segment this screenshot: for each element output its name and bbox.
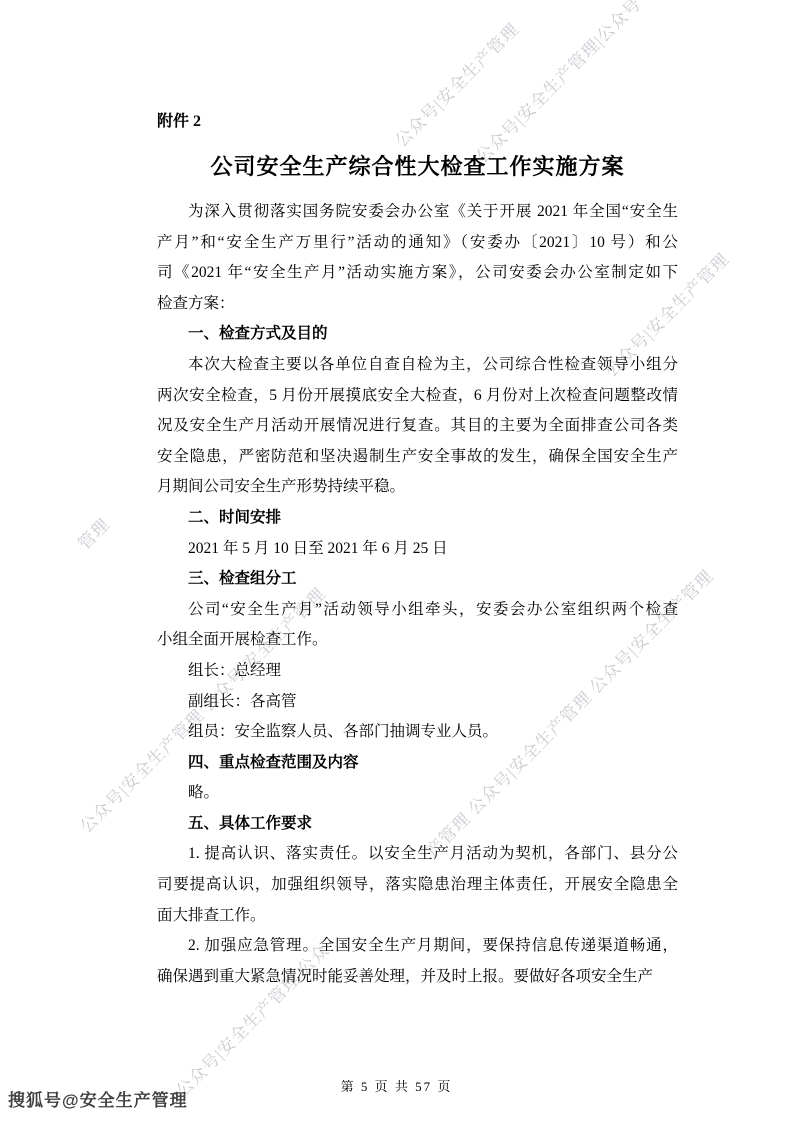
text-line: 确保遇到重大紧急情况时能妥善处理，并及时上报。要做好各项安全生产 xyxy=(157,962,678,993)
document-page: 公众号|安全生产管理公众号|安全生产管理|公众号公众号|安全生产管理管理公众号|… xyxy=(0,0,793,1122)
paragraph: 略。 xyxy=(157,778,678,809)
text-line: 二、时间安排 xyxy=(157,503,678,534)
paragraph: 公司“安全生产月”活动领导小组牵头，安委会办公室组织两个检查小组全面开展检查工作… xyxy=(157,595,678,656)
sohu-watermark: 搜狐号@安全生产管理 xyxy=(8,1086,188,1111)
text-line: 组长：总经理 xyxy=(157,656,678,687)
document-body: 为深入贯彻落实国务院安委会办公室《关于开展 2021 年全国“安全生产月”和“安… xyxy=(157,197,678,992)
text-line: 月期间公司安全生产形势持续平稳。 xyxy=(157,472,678,503)
text-line: 司要提高认识，加强组织领导，落实隐患治理主体责任，开展安全隐患全 xyxy=(157,870,678,901)
paragraph: 副组长：各高管 xyxy=(157,687,678,718)
text-line: 两次安全检查，5 月份开展摸底安全大检查，6 月份对上次检查问题整改情 xyxy=(157,381,678,412)
text-line: 2. 加强应急管理。全国安全生产月期间，要保持信息传递渠道畅通， xyxy=(157,931,678,962)
text-line: 检查方案： xyxy=(157,289,678,320)
paragraph: 本次大检查主要以各单位自查自检为主，公司综合性检查领导小组分两次安全检查，5 月… xyxy=(157,350,678,503)
text-line: 四、重点检查范围及内容 xyxy=(157,748,678,779)
text-line: 副组长：各高管 xyxy=(157,687,678,718)
text-line: 略。 xyxy=(157,778,678,809)
text-line: 本次大检查主要以各单位自查自检为主，公司综合性检查领导小组分 xyxy=(157,350,678,381)
text-line: 小组全面开展检查工作。 xyxy=(157,625,678,656)
text-line: 组员：安全监察人员、各部门抽调专业人员。 xyxy=(157,717,678,748)
text-line: 2021 年 5 月 10 日至 2021 年 6 月 25 日 xyxy=(157,534,678,565)
section-heading: 三、检查组分工 xyxy=(157,564,678,595)
text-line: 产月”和“安全生产万里行”活动的通知》（安委办〔2021〕10 号）和公 xyxy=(157,228,678,259)
section-heading: 一、检查方式及目的 xyxy=(157,319,678,350)
paragraph: 组长：总经理 xyxy=(157,656,678,687)
paragraph: 为深入贯彻落实国务院安委会办公室《关于开展 2021 年全国“安全生产月”和“安… xyxy=(157,197,678,319)
section-heading: 五、具体工作要求 xyxy=(157,809,678,840)
attachment-label: 附件 2 xyxy=(157,108,201,131)
section-heading: 二、时间安排 xyxy=(157,503,678,534)
document-title: 公司安全生产综合性大检查工作实施方案 xyxy=(157,150,678,181)
text-line: 司《2021 年“安全生产月”活动实施方案》，公司安委会办公室制定如下 xyxy=(157,258,678,289)
text-line: 1. 提高认识、落实责任。以安全生产月活动为契机，各部门、县分公 xyxy=(157,839,678,870)
text-line: 一、检查方式及目的 xyxy=(157,319,678,350)
text-line: 为深入贯彻落实国务院安委会办公室《关于开展 2021 年全国“安全生 xyxy=(157,197,678,228)
paragraph: 2. 加强应急管理。全国安全生产月期间，要保持信息传递渠道畅通，确保遇到重大紧急… xyxy=(157,931,678,992)
text-line: 况及安全生产月活动开展情况进行复查。其目的主要为全面排查公司各类 xyxy=(157,411,678,442)
text-line: 公司“安全生产月”活动领导小组牵头，安委会办公室组织两个检查 xyxy=(157,595,678,626)
text-line: 安全隐患，严密防范和坚决遏制生产安全事故的发生，确保全国安全生产 xyxy=(157,442,678,473)
paragraph: 1. 提高认识、落实责任。以安全生产月活动为契机，各部门、县分公司要提高认识，加… xyxy=(157,839,678,931)
diagonal-watermark-text: 管理 xyxy=(71,511,114,554)
section-heading: 四、重点检查范围及内容 xyxy=(157,748,678,779)
text-line: 三、检查组分工 xyxy=(157,564,678,595)
paragraph: 组员：安全监察人员、各部门抽调专业人员。 xyxy=(157,717,678,748)
paragraph: 2021 年 5 月 10 日至 2021 年 6 月 25 日 xyxy=(157,534,678,565)
text-line: 面大排查工作。 xyxy=(157,901,678,932)
text-line: 五、具体工作要求 xyxy=(157,809,678,840)
